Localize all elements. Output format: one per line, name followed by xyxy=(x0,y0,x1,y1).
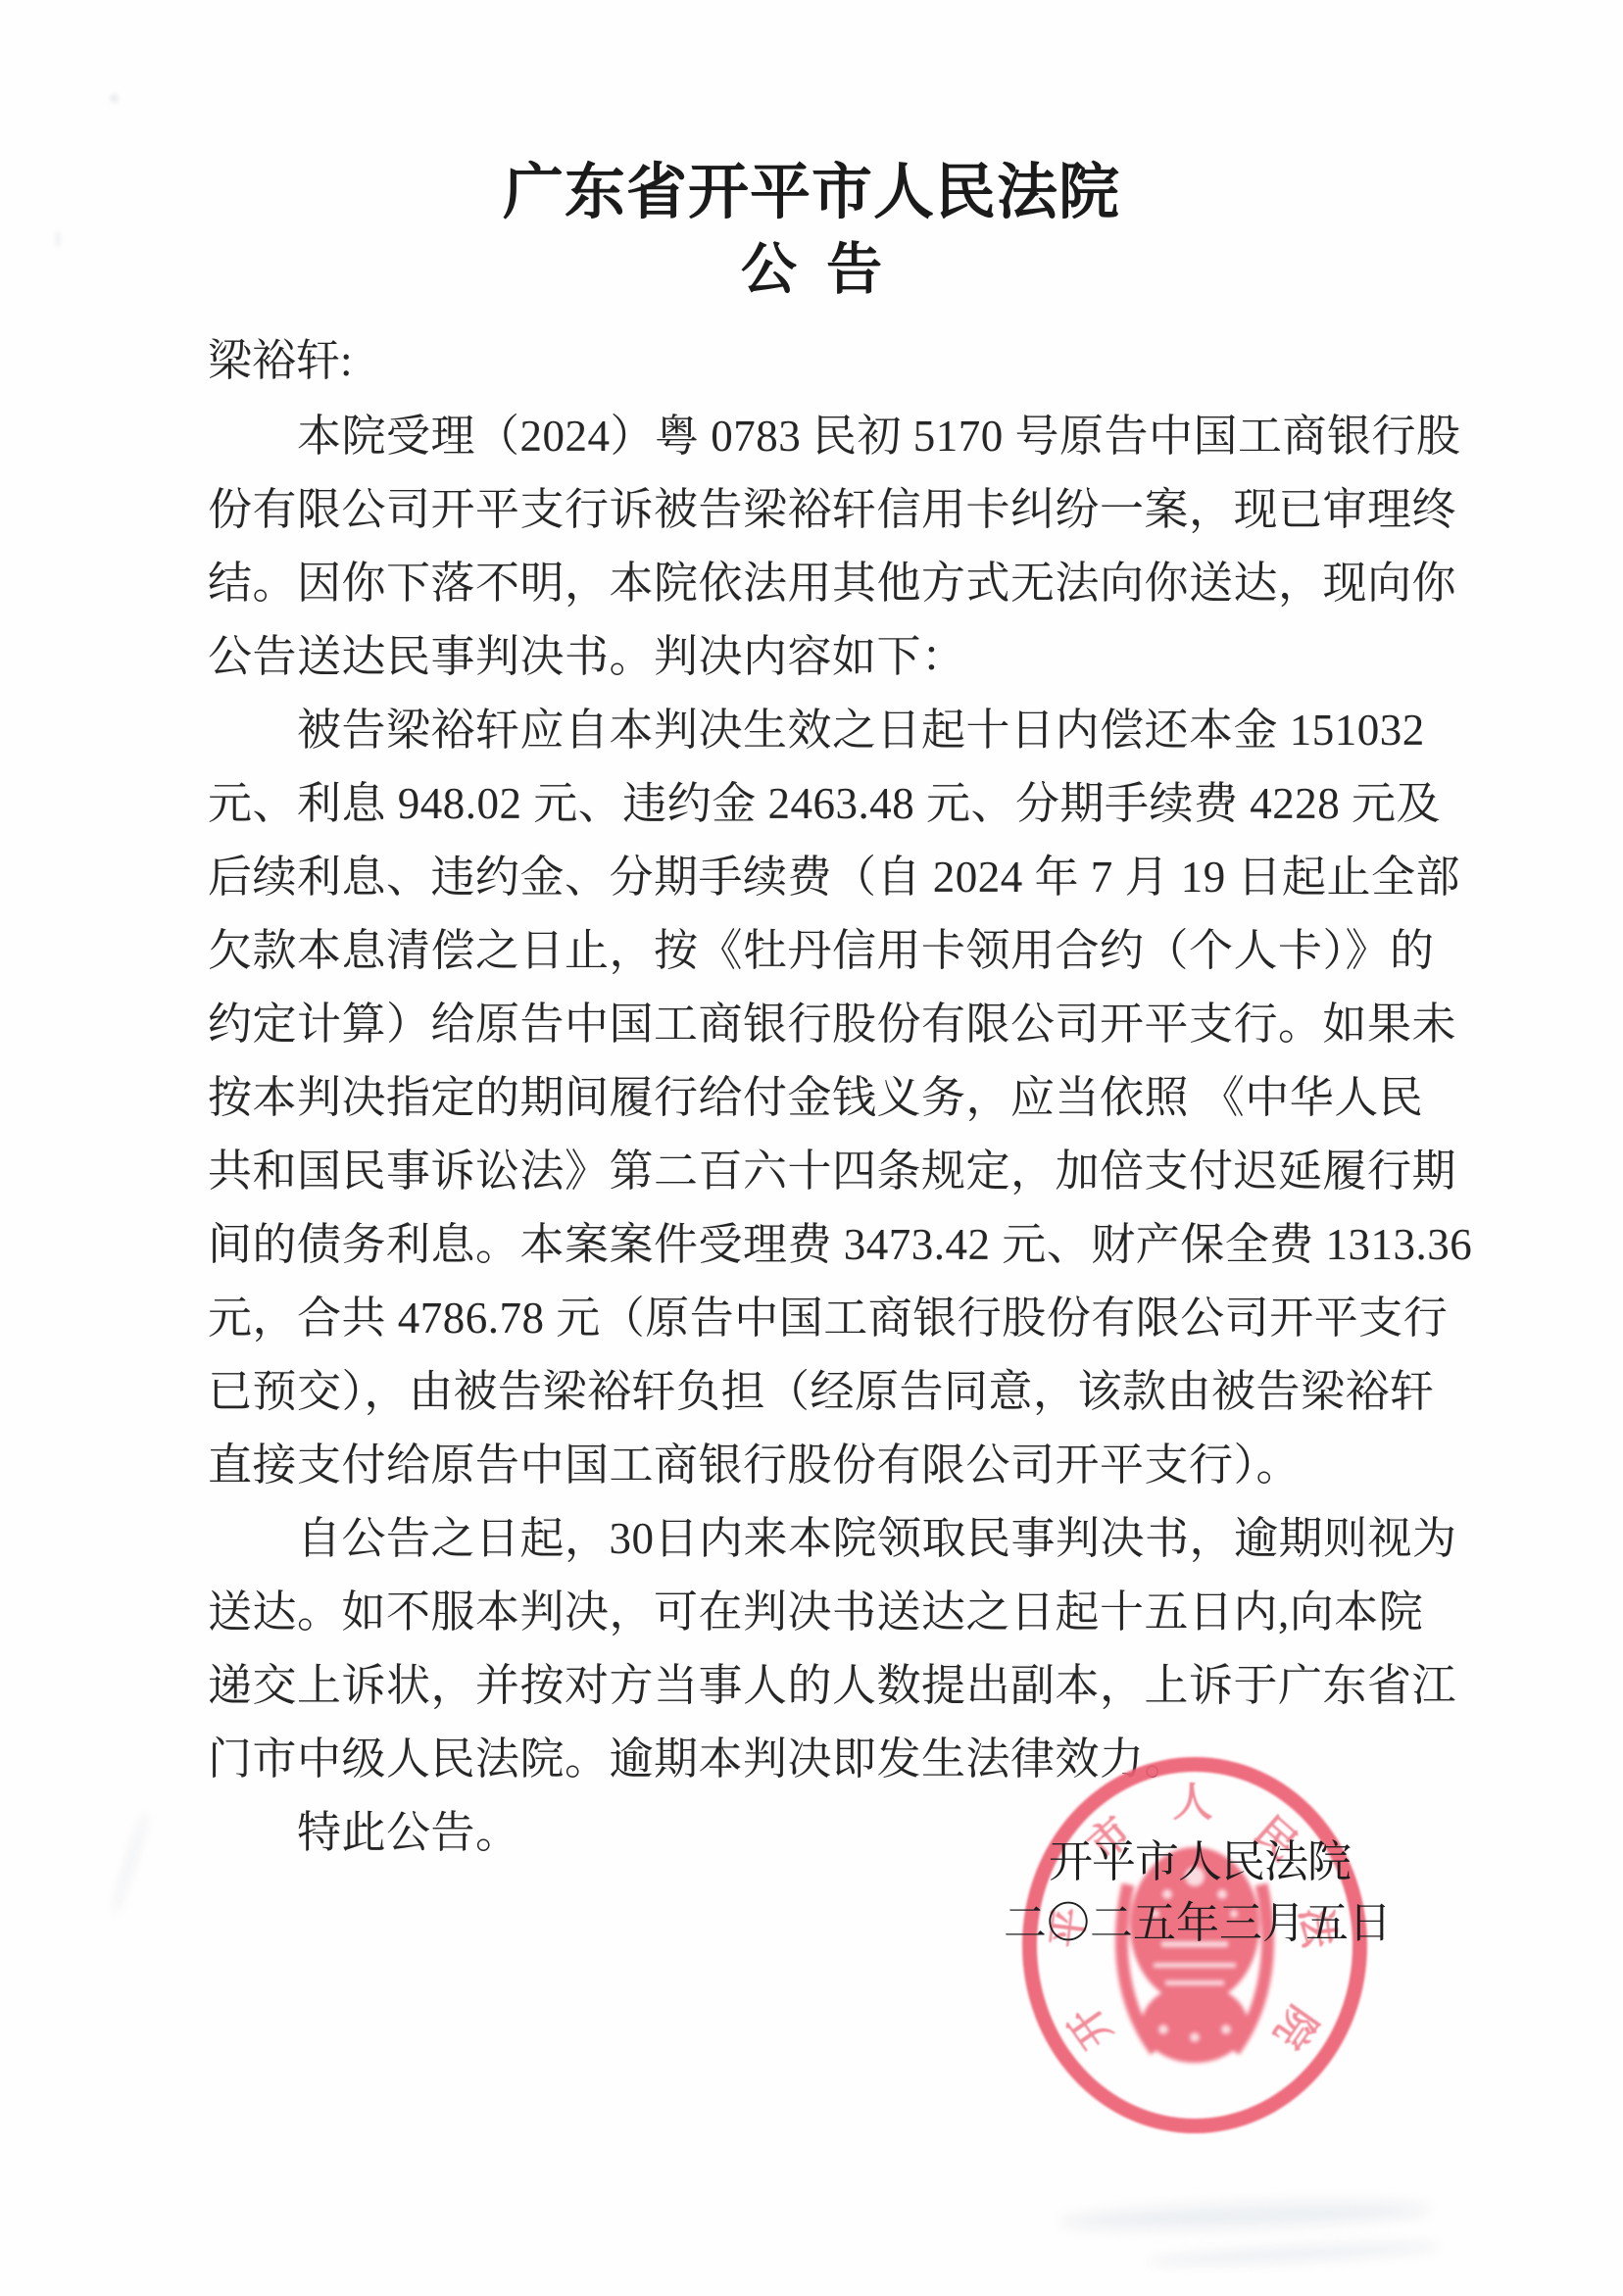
body-line: 后续利息、违约金、分期手续费（自 2024 年 7 月 19 日起止全部 xyxy=(208,841,1445,914)
body-line: 递交上诉状，并按对方当事人的人数提出副本，上诉于广东省江 xyxy=(208,1649,1445,1723)
body-line: 直接支付给原告中国工商银行股份有限公司开平支行）。 xyxy=(208,1429,1445,1502)
seal-court-name: 开平市人民法院 xyxy=(1049,1840,1351,1884)
body-line: 份有限公司开平支行诉被告梁裕轩信用卡纠纷一案，现已审理终 xyxy=(208,473,1445,547)
scan-smudge xyxy=(110,94,119,103)
body-line: 约定计算）给原告中国工商银行股份有限公司开平支行。如果未 xyxy=(208,988,1445,1061)
court-title: 广东省开平市人民法院 xyxy=(0,163,1623,223)
seal-arc-character: 院 xyxy=(1265,1997,1325,2057)
notice-title: 公 告 xyxy=(0,242,1623,298)
scan-smudge xyxy=(109,1810,152,1916)
scan-smudge xyxy=(1147,2238,1441,2270)
body-line: 共和国民事诉讼法》第二百六十四条规定，加倍支付迟延履行期 xyxy=(208,1135,1445,1208)
document-page: 广东省开平市人民法院 公 告 梁裕轩: 本院受理（2024）粤 0783 民初 … xyxy=(0,0,1623,2296)
salutation: 梁裕轩: xyxy=(208,337,353,386)
body-line: 元，合共 4786.78 元（原告中国工商银行股份有限公司开平支行 xyxy=(208,1282,1445,1355)
seal-arc-character: 开 xyxy=(1060,1997,1120,2057)
body-line: 按本判决指定的期间履行给付金钱义务，应当依照 《中华人民 xyxy=(208,1061,1445,1135)
body-line: 送达。如不服本判决，可在判决书送达之日起十五日内,向本院 xyxy=(208,1576,1445,1649)
body-line: 结。因你下落不明，本院依法用其他方式无法向你送达，现向你 xyxy=(208,547,1445,620)
body-line: 间的债务利息。本案案件受理费 3473.42 元、财产保全费 1313.36 xyxy=(208,1208,1445,1282)
body-line: 本院受理（2024）粤 0783 民初 5170 号原告中国工商银行股 xyxy=(208,400,1445,473)
notice-body: 本院受理（2024）粤 0783 民初 5170 号原告中国工商银行股份有限公司… xyxy=(208,400,1445,1870)
seal-arc-character: 人 xyxy=(1171,1781,1214,1824)
body-line: 自公告之日起，30日内来本院领取民事判决书，逾期则视为 xyxy=(208,1502,1445,1576)
body-line: 被告梁裕轩应自本判决生效之日起十日内偿还本金 151032 xyxy=(208,694,1445,767)
scan-smudge xyxy=(55,231,61,247)
body-line: 公告送达民事判决书。判决内容如下： xyxy=(208,620,1445,694)
body-line: 元、利息 948.02 元、违约金 2463.48 元、分期手续费 4228 元… xyxy=(208,767,1445,841)
scan-smudge xyxy=(1058,2196,1432,2234)
body-line: 欠款本息清偿之日止，按《牡丹信用卡领用合约（个人卡）》的 xyxy=(208,914,1445,988)
seal-date: 二〇二五年三月五日 xyxy=(1004,1902,1392,1945)
body-line: 已预交），由被告梁裕轩负担（经原告同意，该款由被告梁裕轩 xyxy=(208,1355,1445,1429)
